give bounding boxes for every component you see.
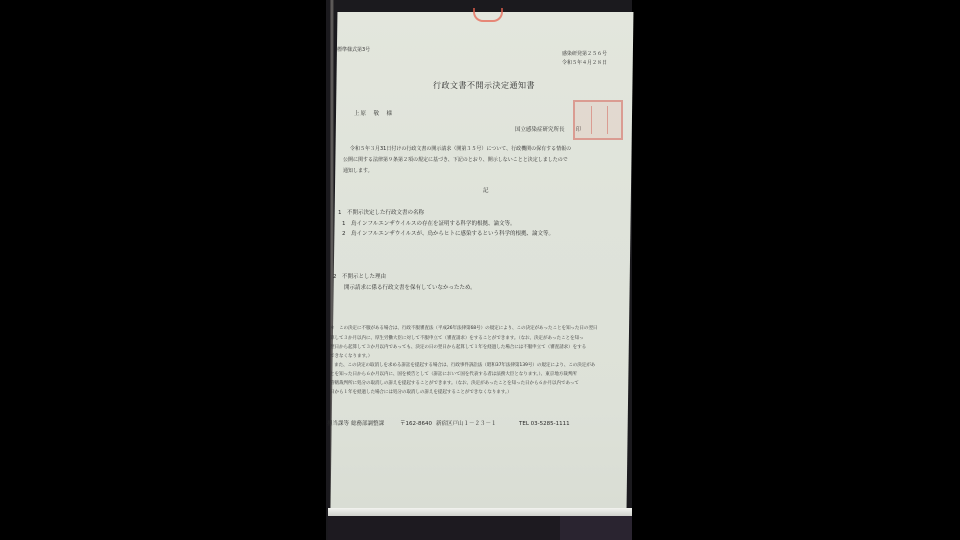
note-line-8: 日から１年を経過した場合には処分の取消しの訴えを提起することができなくなります。… (330, 391, 512, 396)
section1-item-2: 2 鳥インフルエンザウイルスが、鳥からヒトに感染するという科学的根拠、論文等。 (342, 232, 554, 238)
issuer: 国立感染症研究所長 印 (515, 128, 581, 134)
section2-reason: 開示請求に係る行政文書を保有していなかったため。 (344, 286, 476, 292)
body-line-1: 令和５年３月31日付けの行政文書の開示請求（開第３５号）について、行政機関の保有… (350, 147, 571, 152)
contact-tel: TEL 03-5285-1111 (519, 422, 570, 428)
body-line-3: 通知します。 (343, 169, 373, 174)
desk-shadow (560, 516, 632, 540)
ref-number: 感染研発第２５６号 (562, 52, 607, 57)
note-line-5: また、この決定の取消しを求める訴訟を提起する場合は、行政事件訴訟法（昭和37年法… (334, 364, 595, 369)
official-seal (573, 100, 623, 140)
contact-address: 新宿区戸山１－２３－１ (436, 422, 497, 428)
note-line-7: 管轄裁判所に処分の取消しの訴えを提起することができます。（なお、決定があったこと… (330, 382, 579, 387)
note-line-4: できなくなります。） (330, 355, 372, 360)
issue-date: 令和５年４月２８日 (562, 61, 607, 66)
section1-heading: 1 不開示決定した行政文書の名称 (338, 211, 424, 217)
section2-heading: 2 不開示とした理由 (333, 275, 386, 281)
section1-item-1: 1 鳥インフルエンザウイルスの存在を証明する科学的根拠、論文等。 (342, 222, 515, 228)
contact-dept: 総務部調整課 (351, 422, 384, 428)
note-line-2: 算して３か月以内に、厚生労働大臣に対して不服申立て（審査請求）をすることができま… (330, 337, 583, 342)
recipient: 上原 敬 様 (354, 112, 393, 118)
note-line-6: とを知った日から６か月以内に、国を被告として（訴訟において国を代表する者は法務大… (330, 373, 577, 378)
doc-class: 標準様式第3号 (337, 48, 370, 53)
top-seal-mark (473, 8, 503, 22)
body-line-2: 公開に関する法律第９条第２項の規定に基づき、下記のとおり、開示しないことと決定し… (343, 158, 568, 163)
note-line-1: ＊ この決定に不服がある場合は、行政不服審査法（平成26年法律第68号）の規定に… (330, 327, 597, 332)
paper-edge (328, 508, 632, 516)
document-title: 行政文書不開示決定通知書 (433, 82, 535, 90)
ki-marker: 記 (483, 189, 489, 195)
contact-label: 担当課等 (327, 422, 349, 428)
contact-postal: 〒162-8640 (400, 422, 432, 428)
note-line-3: 翌日から起算して３か月以内であっても、決定の日の翌日から起算して１年を経過した場… (330, 346, 586, 351)
